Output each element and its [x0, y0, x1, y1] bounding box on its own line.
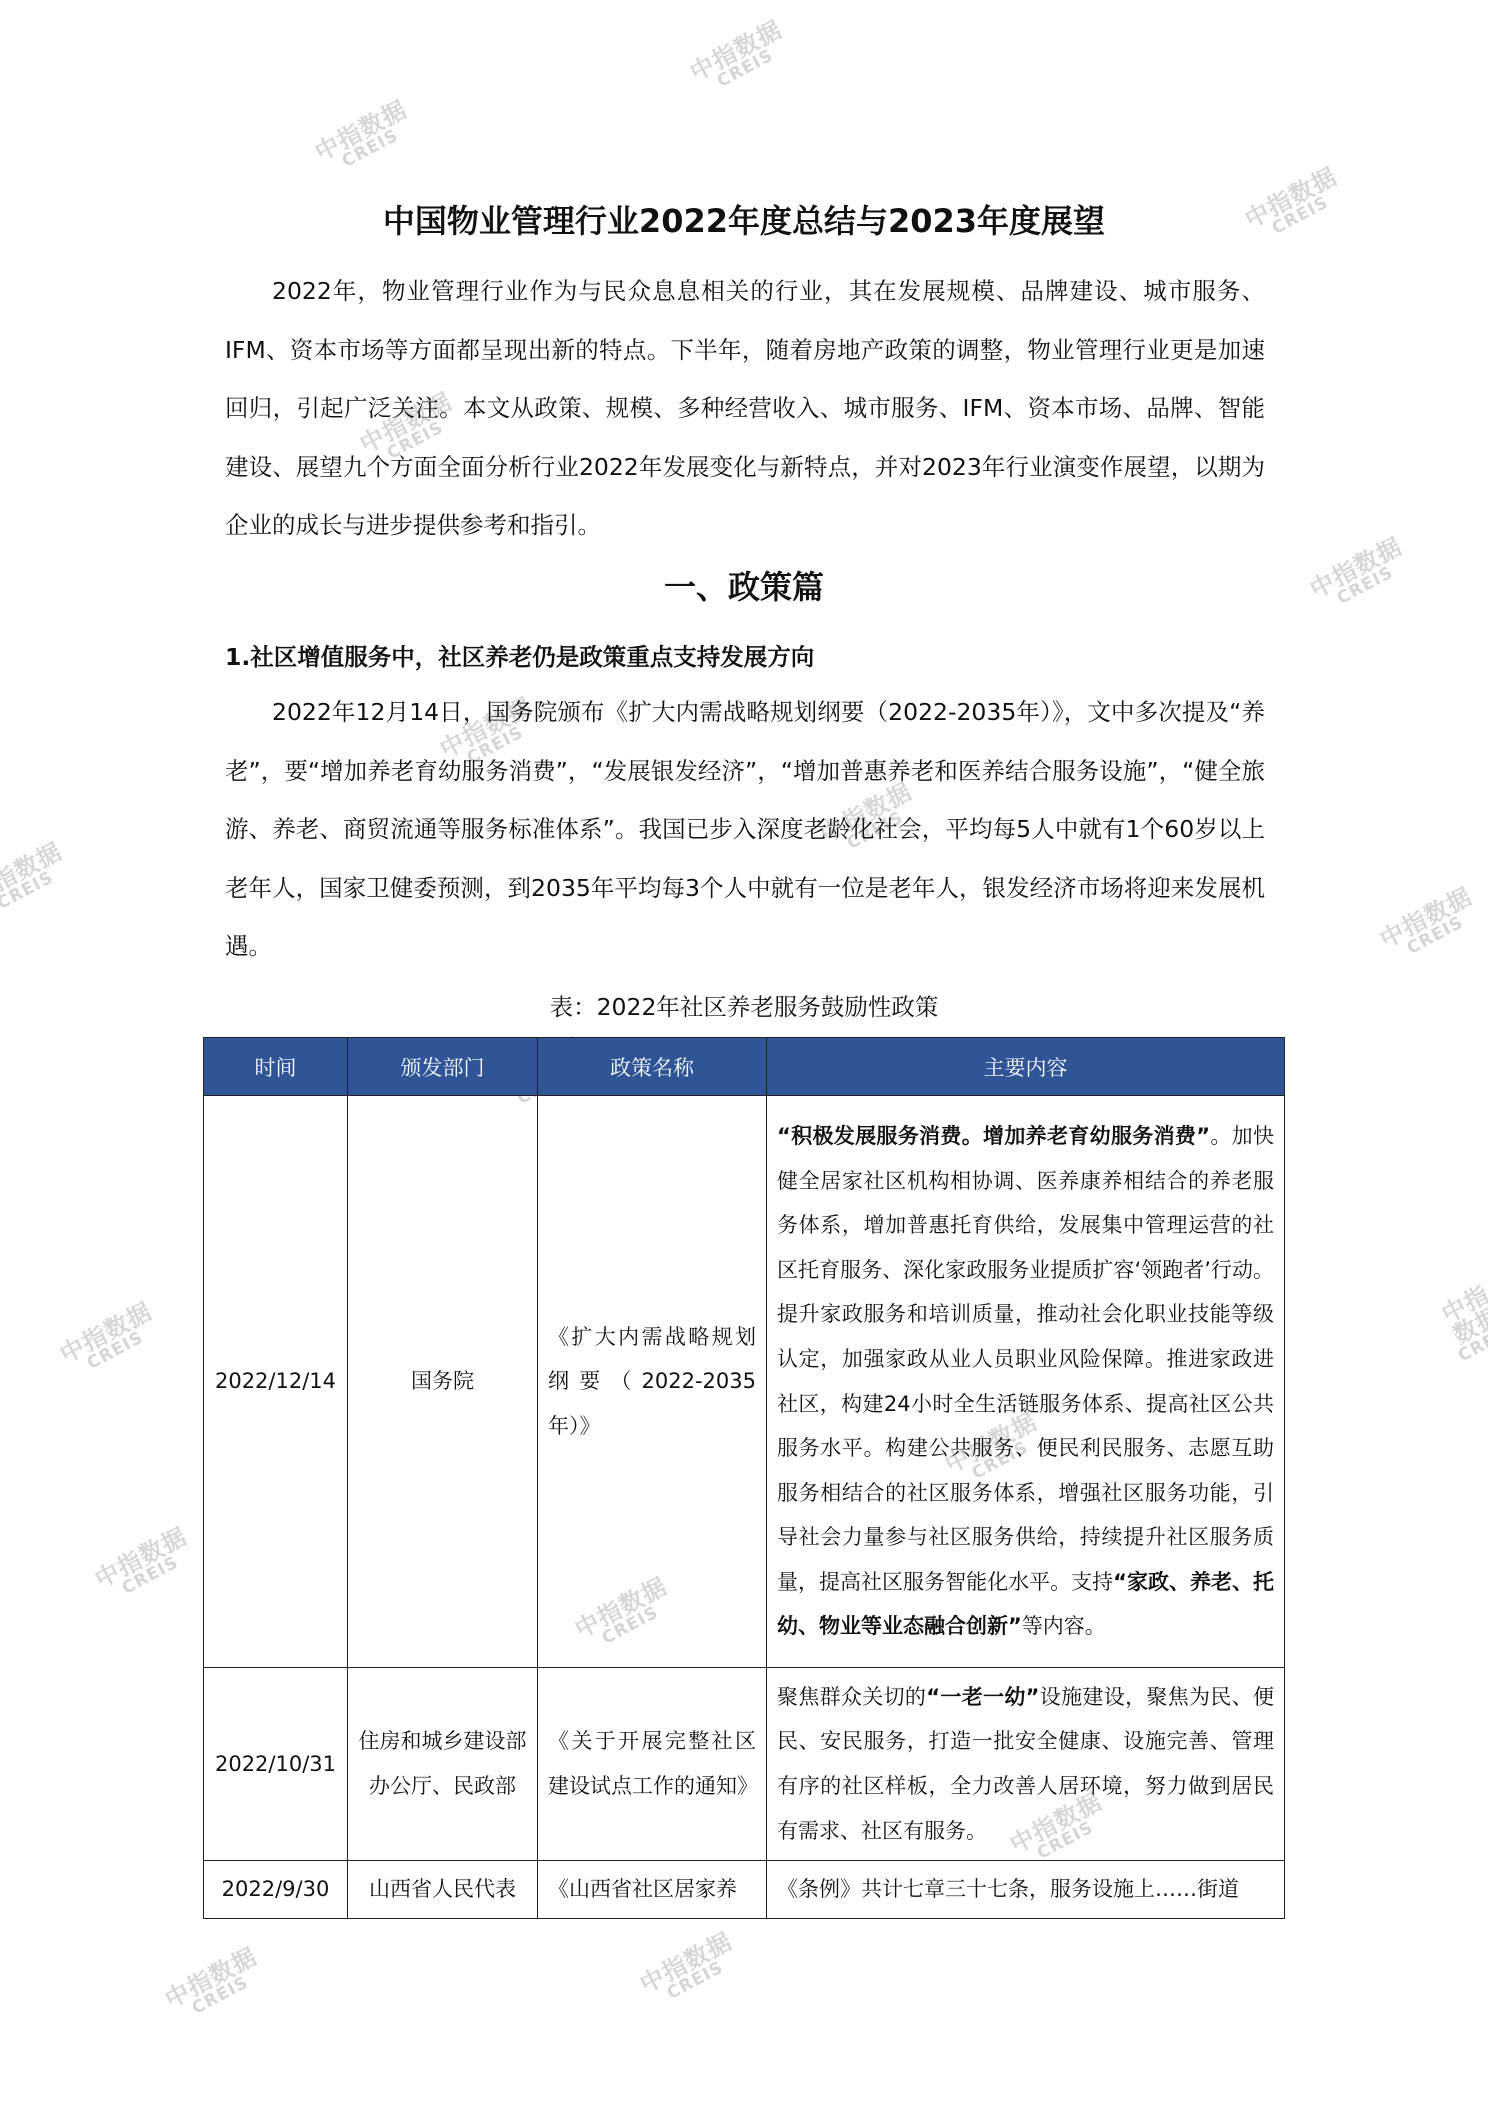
cell-content: “积极发展服务消费。增加养老育幼服务消费”。加快健全居家社区机构相协调、医养康养…	[767, 1096, 1285, 1668]
watermark: 中指数据CREIS	[1376, 884, 1484, 967]
content-text: 等内容。	[1022, 1614, 1106, 1638]
document-page: 中指数据CREIS 中指数据CREIS 中指数据CREIS 中指数据CREIS …	[0, 0, 1488, 2104]
cell-date: 2022/9/30	[204, 1861, 348, 1919]
section-title: 一、政策篇	[0, 562, 1488, 608]
table-header-row: 时间 颁发部门 政策名称 主要内容	[204, 1038, 1285, 1096]
column-header-date: 时间	[204, 1038, 348, 1096]
table-row: 2022/12/14 国务院 《扩大内需战略规划纲要（2022-2035年）》 …	[204, 1096, 1285, 1668]
watermark: 中指数据CREIS	[0, 839, 74, 922]
cell-department: 山西省人民代表	[348, 1861, 538, 1919]
document-title: 中国物业管理行业2022年度总结与2023年度展望	[0, 196, 1488, 242]
cell-policy-name: 《扩大内需战略规划纲要（2022-2035年）》	[538, 1096, 767, 1668]
cell-date: 2022/12/14	[204, 1096, 348, 1668]
table-caption: 表：2022年社区养老服务鼓励性政策	[0, 988, 1488, 1022]
content-highlight: “积极发展服务消费。增加养老育幼服务消费”	[777, 1124, 1210, 1148]
watermark: 中指数据CREIS	[636, 1929, 744, 2012]
watermark: 中指数据CREIS	[686, 17, 794, 100]
cell-policy-name: 《山西省社区居家养	[538, 1861, 767, 1919]
watermark: 中指数据CREIS	[56, 1299, 164, 1382]
body-paragraph: 2022年12月14日，国务院颁布《扩大内需战略规划纲要（2022-2035年）…	[225, 683, 1265, 976]
cell-department: 国务院	[348, 1096, 538, 1668]
table-row: 2022/10/31 住房和城乡建设部办公厅、民政部 《关于开展完整社区建设试点…	[204, 1668, 1285, 1861]
content-text: 。加快健全居家社区机构相协调、医养康养相结合的养老服务体系，增加普惠托育供给，发…	[777, 1124, 1274, 1594]
cell-department: 住房和城乡建设部办公厅、民政部	[348, 1668, 538, 1861]
intro-paragraph: 2022年，物业管理行业作为与民众息息相关的行业，其在发展规模、品牌建设、城市服…	[225, 262, 1265, 555]
cell-content: 聚焦群众关切的“一老一幼”设施建设，聚焦为民、便民、安民服务，打造一批安全健康、…	[767, 1668, 1285, 1861]
content-highlight: “一老一幼”	[926, 1685, 1039, 1709]
watermark: 中指数据CREIS	[91, 1524, 199, 1607]
content-text: 聚焦群众关切的	[777, 1685, 926, 1709]
watermark: 中指数据CREIS	[1433, 1280, 1488, 1366]
column-header-department: 颁发部门	[348, 1038, 538, 1096]
column-header-content: 主要内容	[767, 1038, 1285, 1096]
watermark: 中指数据CREIS	[311, 97, 419, 180]
subsection-title: 1.社区增值服务中，社区养老仍是政策重点支持发展方向	[225, 638, 814, 672]
column-header-policy-name: 政策名称	[538, 1038, 767, 1096]
table-row: 2022/9/30 山西省人民代表 《山西省社区居家养 《条例》共计七章三十七条…	[204, 1861, 1285, 1919]
cell-policy-name: 《关于开展完整社区建设试点工作的通知》	[538, 1668, 767, 1861]
watermark: 中指数据CREIS	[161, 1944, 269, 2027]
cell-date: 2022/10/31	[204, 1668, 348, 1861]
cell-content: 《条例》共计七章三十七条，服务设施上……街道	[767, 1861, 1285, 1919]
policy-table: 时间 颁发部门 政策名称 主要内容 2022/12/14 国务院 《扩大内需战略…	[203, 1037, 1285, 1919]
